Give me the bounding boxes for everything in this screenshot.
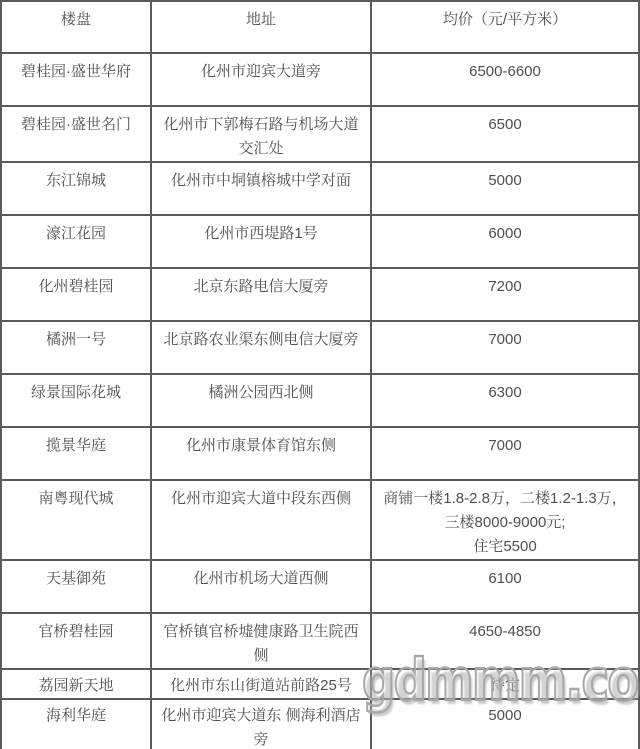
cell-address: 化州市机场大道西侧 [151,560,371,613]
cell-property-name: 绿景国际花城 [1,374,151,427]
cell-price: 4650-4850 [371,613,639,669]
cell-property-name: 碧桂园·盛世华府 [1,53,151,106]
table-header: 楼盘 地址 均价（元/平方米） [1,1,639,53]
cell-price: 6500-6600 [371,53,639,106]
table-row: 海利华庭化州市迎宾大道东 侧海利酒店旁5000 [1,699,639,749]
table-row: 东江锦城化州市中垌镇榕城中学对面5000 [1,162,639,215]
table-row: 南粤现代城化州市迎宾大道中段东西侧商铺一楼1.8-2.8万，二楼1.2-1.3万… [1,480,639,560]
cell-property-name: 濠江花园 [1,215,151,268]
column-header-property: 楼盘 [1,1,151,53]
cell-address: 北京路农业渠东侧电信大厦旁 [151,321,371,374]
cell-address: 橘洲公园西北侧 [151,374,371,427]
cell-address: 化州市下郭梅石路与机场大道交汇处 [151,106,371,162]
table-body: 碧桂园·盛世华府化州市迎宾大道旁6500-6600碧桂园·盛世名门化州市下郭梅石… [1,53,639,749]
table-row: 揽景华庭化州市康景体育馆东侧7000 [1,427,639,480]
table-row: 官桥碧桂园官桥镇官桥墟健康路卫生院西侧4650-4850 [1,613,639,669]
property-price-table: 楼盘 地址 均价（元/平方米） 碧桂园·盛世华府化州市迎宾大道旁6500-660… [0,0,640,749]
header-row: 楼盘 地址 均价（元/平方米） [1,1,639,53]
cell-price: 5000 [371,699,639,749]
cell-price: 6100 [371,560,639,613]
column-header-price: 均价（元/平方米） [371,1,639,53]
cell-price: 7000 [371,427,639,480]
cell-price: 7200 [371,268,639,321]
cell-property-name: 碧桂园·盛世名门 [1,106,151,162]
cell-property-name: 化州碧桂园 [1,268,151,321]
cell-address: 化州市东山街道站前路25号 [151,669,371,699]
cell-property-name: 揽景华庭 [1,427,151,480]
cell-address: 化州市康景体育馆东侧 [151,427,371,480]
cell-address: 化州市西堤路1号 [151,215,371,268]
cell-property-name: 海利华庭 [1,699,151,749]
cell-price: 6500 [371,106,639,162]
cell-property-name: 橘洲一号 [1,321,151,374]
cell-property-name: 东江锦城 [1,162,151,215]
cell-property-name: 官桥碧桂园 [1,613,151,669]
table-row: 碧桂园·盛世名门化州市下郭梅石路与机场大道交汇处6500 [1,106,639,162]
cell-address: 化州市迎宾大道中段东西侧 [151,480,371,560]
cell-property-name: 天基御苑 [1,560,151,613]
column-header-address: 地址 [151,1,371,53]
cell-price: 待定 [371,669,639,699]
cell-address: 化州市迎宾大道东 侧海利酒店旁 [151,699,371,749]
cell-property-name: 南粤现代城 [1,480,151,560]
cell-price: 5000 [371,162,639,215]
table-row: 天基御苑化州市机场大道西侧6100 [1,560,639,613]
table-row: 碧桂园·盛世华府化州市迎宾大道旁6500-6600 [1,53,639,106]
table-row: 濠江花园化州市西堤路1号6000 [1,215,639,268]
cell-address: 北京东路电信大厦旁 [151,268,371,321]
cell-address: 官桥镇官桥墟健康路卫生院西侧 [151,613,371,669]
table-row: 荔园新天地化州市东山街道站前路25号待定 [1,669,639,699]
cell-property-name: 荔园新天地 [1,669,151,699]
table-row: 绿景国际花城橘洲公园西北侧6300 [1,374,639,427]
cell-price: 商铺一楼1.8-2.8万，二楼1.2-1.3万，三楼8000-9000元; 住宅… [371,480,639,560]
cell-address: 化州市中垌镇榕城中学对面 [151,162,371,215]
cell-address: 化州市迎宾大道旁 [151,53,371,106]
cell-price: 6000 [371,215,639,268]
table-row: 化州碧桂园北京东路电信大厦旁7200 [1,268,639,321]
table-row: 橘洲一号北京路农业渠东侧电信大厦旁7000 [1,321,639,374]
cell-price: 6300 [371,374,639,427]
real-estate-price-page: 楼盘 地址 均价（元/平方米） 碧桂园·盛世华府化州市迎宾大道旁6500-660… [0,0,640,749]
cell-price: 7000 [371,321,639,374]
